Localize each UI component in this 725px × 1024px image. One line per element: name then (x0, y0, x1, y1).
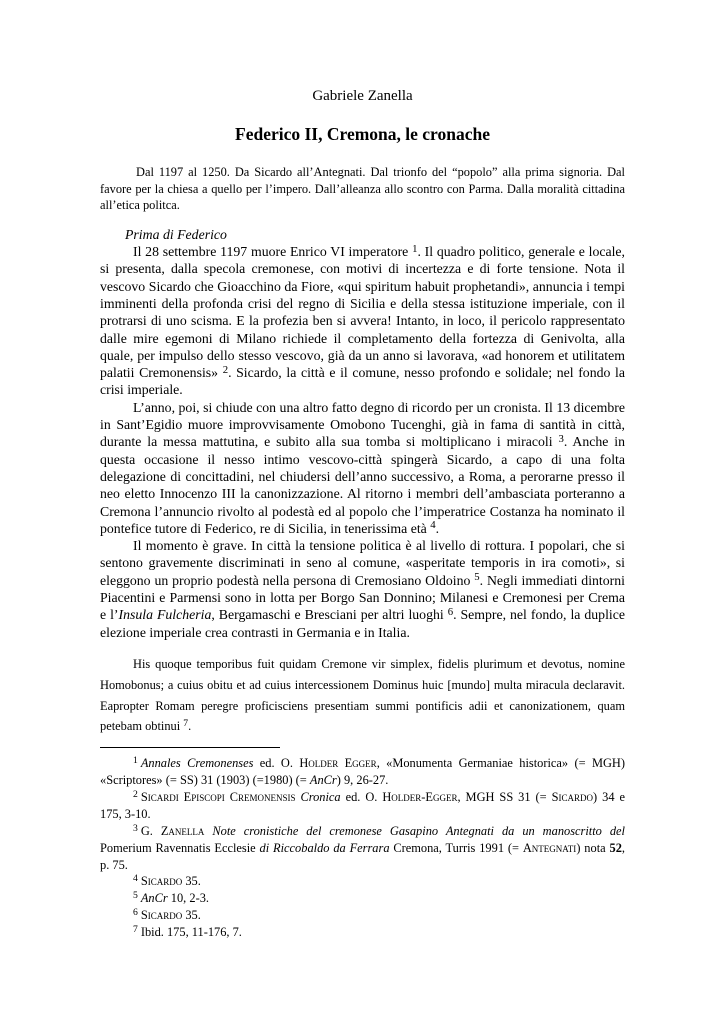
page-title: Federico II, Cremona, le cronache (100, 124, 625, 145)
document-page: Gabriele Zanella Federico II, Cremona, l… (0, 0, 725, 1024)
footnote: 3G. Zanella Note cronistiche del cremone… (100, 823, 625, 874)
body-paragraph: L’anno, poi, si chiude con una altro fat… (100, 399, 625, 537)
footnote-text: G. Zanella Note cronistiche del cremones… (100, 824, 625, 872)
footnote-marker: 4 (133, 873, 138, 884)
footnote-marker: 5 (133, 890, 138, 901)
footnote-text: Ibid. 175, 11-176, 7. (141, 925, 242, 939)
abstract-paragraph: Dal 1197 al 1250. Da Sicardo all’Antegna… (100, 164, 625, 214)
footnote-text: AnCr 10, 2-3. (141, 891, 209, 905)
body-paragraph: Il 28 settembre 1197 muore Enrico VI imp… (100, 243, 625, 399)
section-heading: Prima di Federico (100, 226, 625, 243)
footnote: 6Sicardo 35. (100, 907, 625, 924)
footnote-text: Sicardo 35. (141, 874, 201, 888)
footnote-marker: 7 (133, 924, 138, 935)
latin-block-quote: His quoque temporibus fuit quidam Cremon… (100, 654, 625, 737)
footnotes-section: 1Annales Cremonenses ed. O. Holder Egger… (100, 755, 625, 941)
footnote: 2Sicardi Episcopi Cremonensis Cronica ed… (100, 789, 625, 823)
footnote: 7Ibid. 175, 11-176, 7. (100, 924, 625, 941)
footnote: 4Sicardo 35. (100, 873, 625, 890)
footnote-marker: 1 (133, 755, 138, 766)
footnote: 1Annales Cremonenses ed. O. Holder Egger… (100, 755, 625, 789)
body-paragraph: Il momento è grave. In città la tensione… (100, 537, 625, 641)
author-name: Gabriele Zanella (100, 87, 625, 105)
footnote: 5AnCr 10, 2-3. (100, 890, 625, 907)
footnote-text: Sicardo 35. (141, 908, 201, 922)
footnote-text: Sicardi Episcopi Cremonensis Cronica ed.… (100, 790, 625, 821)
footnote-marker: 6 (133, 907, 138, 918)
footnote-marker: 3 (133, 823, 138, 834)
footnote-separator (100, 747, 280, 748)
text-column: Gabriele Zanella Federico II, Cremona, l… (100, 0, 625, 941)
footnote-text: Annales Cremonenses ed. O. Holder Egger,… (100, 756, 625, 787)
footnote-marker: 2 (133, 789, 138, 800)
